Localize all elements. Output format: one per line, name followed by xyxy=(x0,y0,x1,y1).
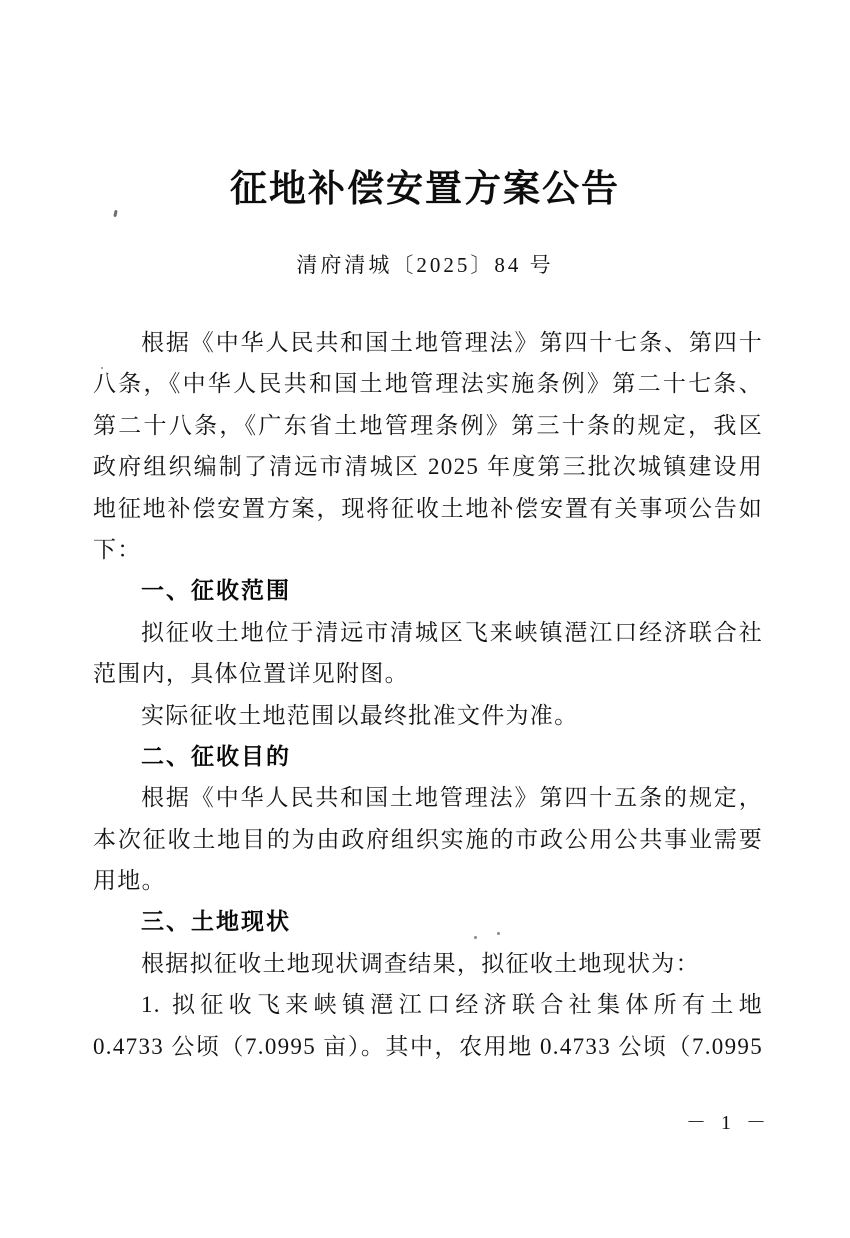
text-line: 0.4733 公顷（7.0995 亩）。其中，农用地 0.4733 公顷（7.0… xyxy=(93,1026,763,1067)
text-line: 用地。 xyxy=(93,860,763,901)
text-line: 八条，《中华人民共和国土地管理法实施条例》第二十七条、 xyxy=(93,363,763,404)
scan-speck xyxy=(497,932,500,935)
text-line: 第二十八条，《广东省土地管理条例》第三十条的规定，我区 xyxy=(93,405,763,446)
text-line: 政府组织编制了清远市清城区 2025 年度第三批次城镇建设用 xyxy=(93,446,763,487)
section-heading: 二、征收目的 xyxy=(93,736,763,777)
section-heading: 一、征收范围 xyxy=(93,570,763,611)
page-number: － 1 － xyxy=(686,1106,771,1135)
document-body: 根据《中华人民共和国土地管理法》第四十七条、第四十八条，《中华人民共和国土地管理… xyxy=(93,322,763,1067)
text-line: 地征地补偿安置方案，现将征收土地补偿安置有关事项公告如 xyxy=(93,488,763,529)
document-title: 征地补偿安置方案公告 xyxy=(0,158,850,212)
text-line: 下： xyxy=(93,529,763,570)
section-heading: 三、土地现状 xyxy=(93,901,763,942)
text-line: 实际征收土地范围以最终批准文件为准。 xyxy=(93,695,763,736)
text-line: 范围内，具体位置详见附图。 xyxy=(93,653,763,694)
text-line: 根据《中华人民共和国土地管理法》第四十五条的规定， xyxy=(93,777,763,818)
text-line: 1. 拟征收飞来峡镇潖江口经济联合社集体所有土地 xyxy=(93,984,763,1025)
scan-speck xyxy=(474,936,477,939)
scan-speck xyxy=(101,367,103,369)
text-line: 拟征收土地位于清远市清城区飞来峡镇潖江口经济联合社 xyxy=(93,612,763,653)
text-line: 根据拟征收土地现状调查结果，拟征收土地现状为： xyxy=(93,943,763,984)
document-page: 征地补偿安置方案公告 清府清城〔2025〕84 号 根据《中华人民共和国土地管理… xyxy=(0,0,850,1238)
text-line: 根据《中华人民共和国土地管理法》第四十七条、第四十 xyxy=(93,322,763,363)
scan-speck xyxy=(113,210,117,217)
text-line: 本次征收土地目的为由政府组织实施的市政公用公共事业需要 xyxy=(93,819,763,860)
document-number: 清府清城〔2025〕84 号 xyxy=(0,249,850,279)
